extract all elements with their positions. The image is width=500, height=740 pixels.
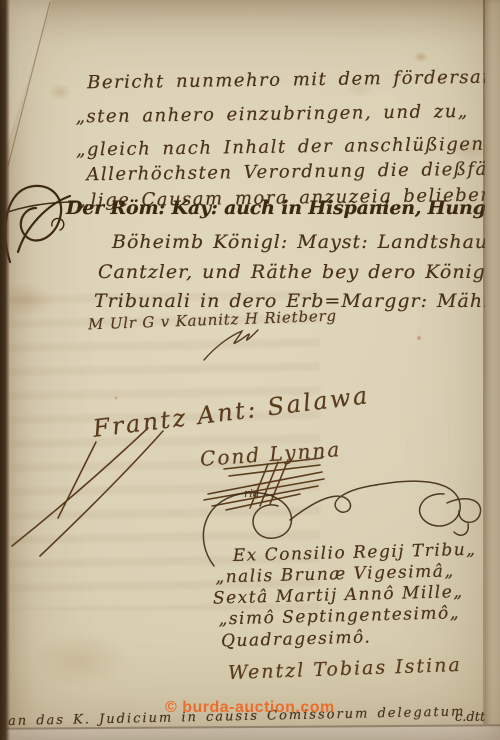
underlying-page-edge [485, 0, 500, 740]
address-line: Cantzler, und Räthe bey dero Königl: [98, 261, 500, 283]
docket-mark: c.dtt [455, 710, 485, 725]
small-note: ria [244, 487, 259, 500]
address-line: Böheimb Königl: Mayst: Landtshaubtman [112, 231, 500, 253]
latin-line: Quadragesimô. [221, 627, 372, 651]
page-bottom-edge [0, 724, 500, 740]
watermark-text: © burda-auction.com [165, 699, 335, 717]
manuscript-photo: Bericht nunmehro mit dem fördersam„ „ste… [0, 0, 500, 740]
page-right-edge [483, 0, 485, 740]
latin-dating-block: Ex Consilio Regij Tribu„ „nalis Brunæ Vi… [209, 539, 492, 656]
page-left-edge [0, 0, 10, 740]
address-big-line: Der Röm: Kay: auch in Hispanien, Hungarn… [66, 197, 500, 219]
